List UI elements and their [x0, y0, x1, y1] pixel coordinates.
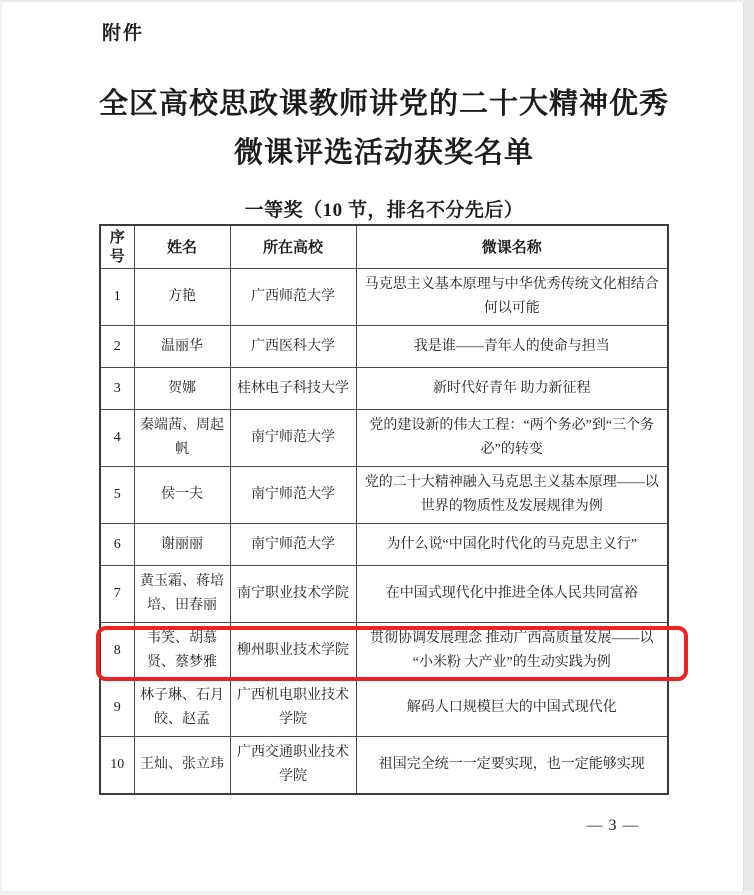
table-row: 4 秦端茜、周起 帆 南宁师范大学 党的建设新的伟大工程：“两个务必”到“三个务… [100, 410, 668, 467]
cell-school: 南宁师范大学 [230, 524, 356, 566]
table-header-row: 序 号 姓名 所在高校 微课名称 [100, 225, 668, 269]
attachment-label: 附件 [102, 18, 144, 45]
cell-course: 新时代好青年 助力新征程 [356, 368, 668, 410]
cell-course: 我是谁——青年人的使命与担当 [356, 326, 668, 368]
cell-no: 5 [100, 467, 134, 524]
table-row: 7 黄玉霜、蒋培 培、田春丽 南宁职业技术学院 在中国式现代化中推进全体人民共同… [100, 566, 668, 623]
cell-course: 党的二十大精神融入马克思主义基本原理——以 世界的物质性及发展规律为例 [356, 467, 668, 524]
table-row: 6 谢丽丽 南宁师范大学 为什么说“中国化时代化的马克思主义行” [100, 524, 668, 566]
cell-school: 广西医科大学 [230, 326, 356, 368]
cell-no: 1 [100, 269, 134, 326]
viewer-edge-strip [743, 2, 754, 895]
header-cell-school: 所在高校 [230, 225, 356, 269]
cell-no: 9 [100, 680, 134, 737]
header-cell-no: 序 号 [100, 225, 134, 269]
cell-name: 贺娜 [134, 368, 230, 410]
cell-course: 解码人口规模巨大的中国式现代化 [356, 680, 668, 737]
cell-school: 南宁师范大学 [230, 467, 356, 524]
awards-table: 序 号 姓名 所在高校 微课名称 1 方艳 广西师范大学 马克思主义基本原理与中… [99, 224, 669, 795]
cell-no: 3 [100, 368, 134, 410]
table-row: 2 温丽华 广西医科大学 我是谁——青年人的使命与担当 [100, 326, 668, 368]
cell-name: 王灿、张立玮 [134, 737, 230, 795]
cell-no: 2 [100, 326, 134, 368]
cell-course: 在中国式现代化中推进全体人民共同富裕 [356, 566, 668, 623]
cell-name: 方艳 [134, 269, 230, 326]
cell-name: 谢丽丽 [134, 524, 230, 566]
cell-name: 侯一夫 [134, 467, 230, 524]
cell-no: 8 [100, 623, 134, 680]
cell-course: 祖国完全统一一定要实现，也一定能够实现 [356, 737, 668, 795]
cell-school: 南宁师范大学 [230, 410, 356, 467]
table-row: 3 贺娜 桂林电子科技大学 新时代好青年 助力新征程 [100, 368, 668, 410]
cell-school: 广西交通职业技术 学院 [230, 737, 356, 795]
header-cell-name: 姓名 [134, 225, 230, 269]
table-row: 9 林子琳、石月 皎、赵孟 广西机电职业技术 学院 解码人口规模巨大的中国式现代… [100, 680, 668, 737]
cell-no: 6 [100, 524, 134, 566]
cell-school: 广西师范大学 [230, 269, 356, 326]
table-row: 1 方艳 广西师范大学 马克思主义基本原理与中华优秀传统文化相结合 何以可能 [100, 269, 668, 326]
cell-school: 南宁职业技术学院 [230, 566, 356, 623]
cell-course: 贯彻协调发展理念 推动广西高质量发展——以 “小米粉 大产业”的生动实践为例 [356, 623, 668, 680]
viewer-bottom-edge [2, 891, 754, 895]
cell-school: 广西机电职业技术 学院 [230, 680, 356, 737]
award-tier-subtitle: 一等奖（10 节，排名不分先后） [42, 195, 726, 222]
cell-course: 党的建设新的伟大工程：“两个务必”到“三个务 必”的转变 [356, 410, 668, 467]
cell-no: 4 [100, 410, 134, 467]
document-page: 附件 全区高校思政课教师讲党的二十大精神优秀 微课评选活动获奖名单 一等奖（10… [0, 0, 754, 895]
cell-school: 桂林电子科技大学 [230, 368, 356, 410]
table-row-highlighted: 8 韦笑、胡慕 贤、蔡梦雅 柳州职业技术学院 贯彻协调发展理念 推动广西高质量发… [100, 623, 668, 680]
document-title: 全区高校思政课教师讲党的二十大精神优秀 微课评选活动获奖名单 [42, 80, 726, 178]
table-row: 10 王灿、张立玮 广西交通职业技术 学院 祖国完全统一一定要实现，也一定能够实… [100, 737, 668, 795]
cell-no: 7 [100, 566, 134, 623]
cell-name: 秦端茜、周起 帆 [134, 410, 230, 467]
cell-course: 为什么说“中国化时代化的马克思主义行” [356, 524, 668, 566]
header-cell-course: 微课名称 [356, 225, 668, 269]
table-row: 5 侯一夫 南宁师范大学 党的二十大精神融入马克思主义基本原理——以 世界的物质… [100, 467, 668, 524]
cell-no: 10 [100, 737, 134, 795]
cell-school: 柳州职业技术学院 [230, 623, 356, 680]
page-number: — 3 — [568, 817, 658, 835]
cell-name: 韦笑、胡慕 贤、蔡梦雅 [134, 623, 230, 680]
cell-course: 马克思主义基本原理与中华优秀传统文化相结合 何以可能 [356, 269, 668, 326]
cell-name: 温丽华 [134, 326, 230, 368]
cell-name: 黄玉霜、蒋培 培、田春丽 [134, 566, 230, 623]
cell-name: 林子琳、石月 皎、赵孟 [134, 680, 230, 737]
